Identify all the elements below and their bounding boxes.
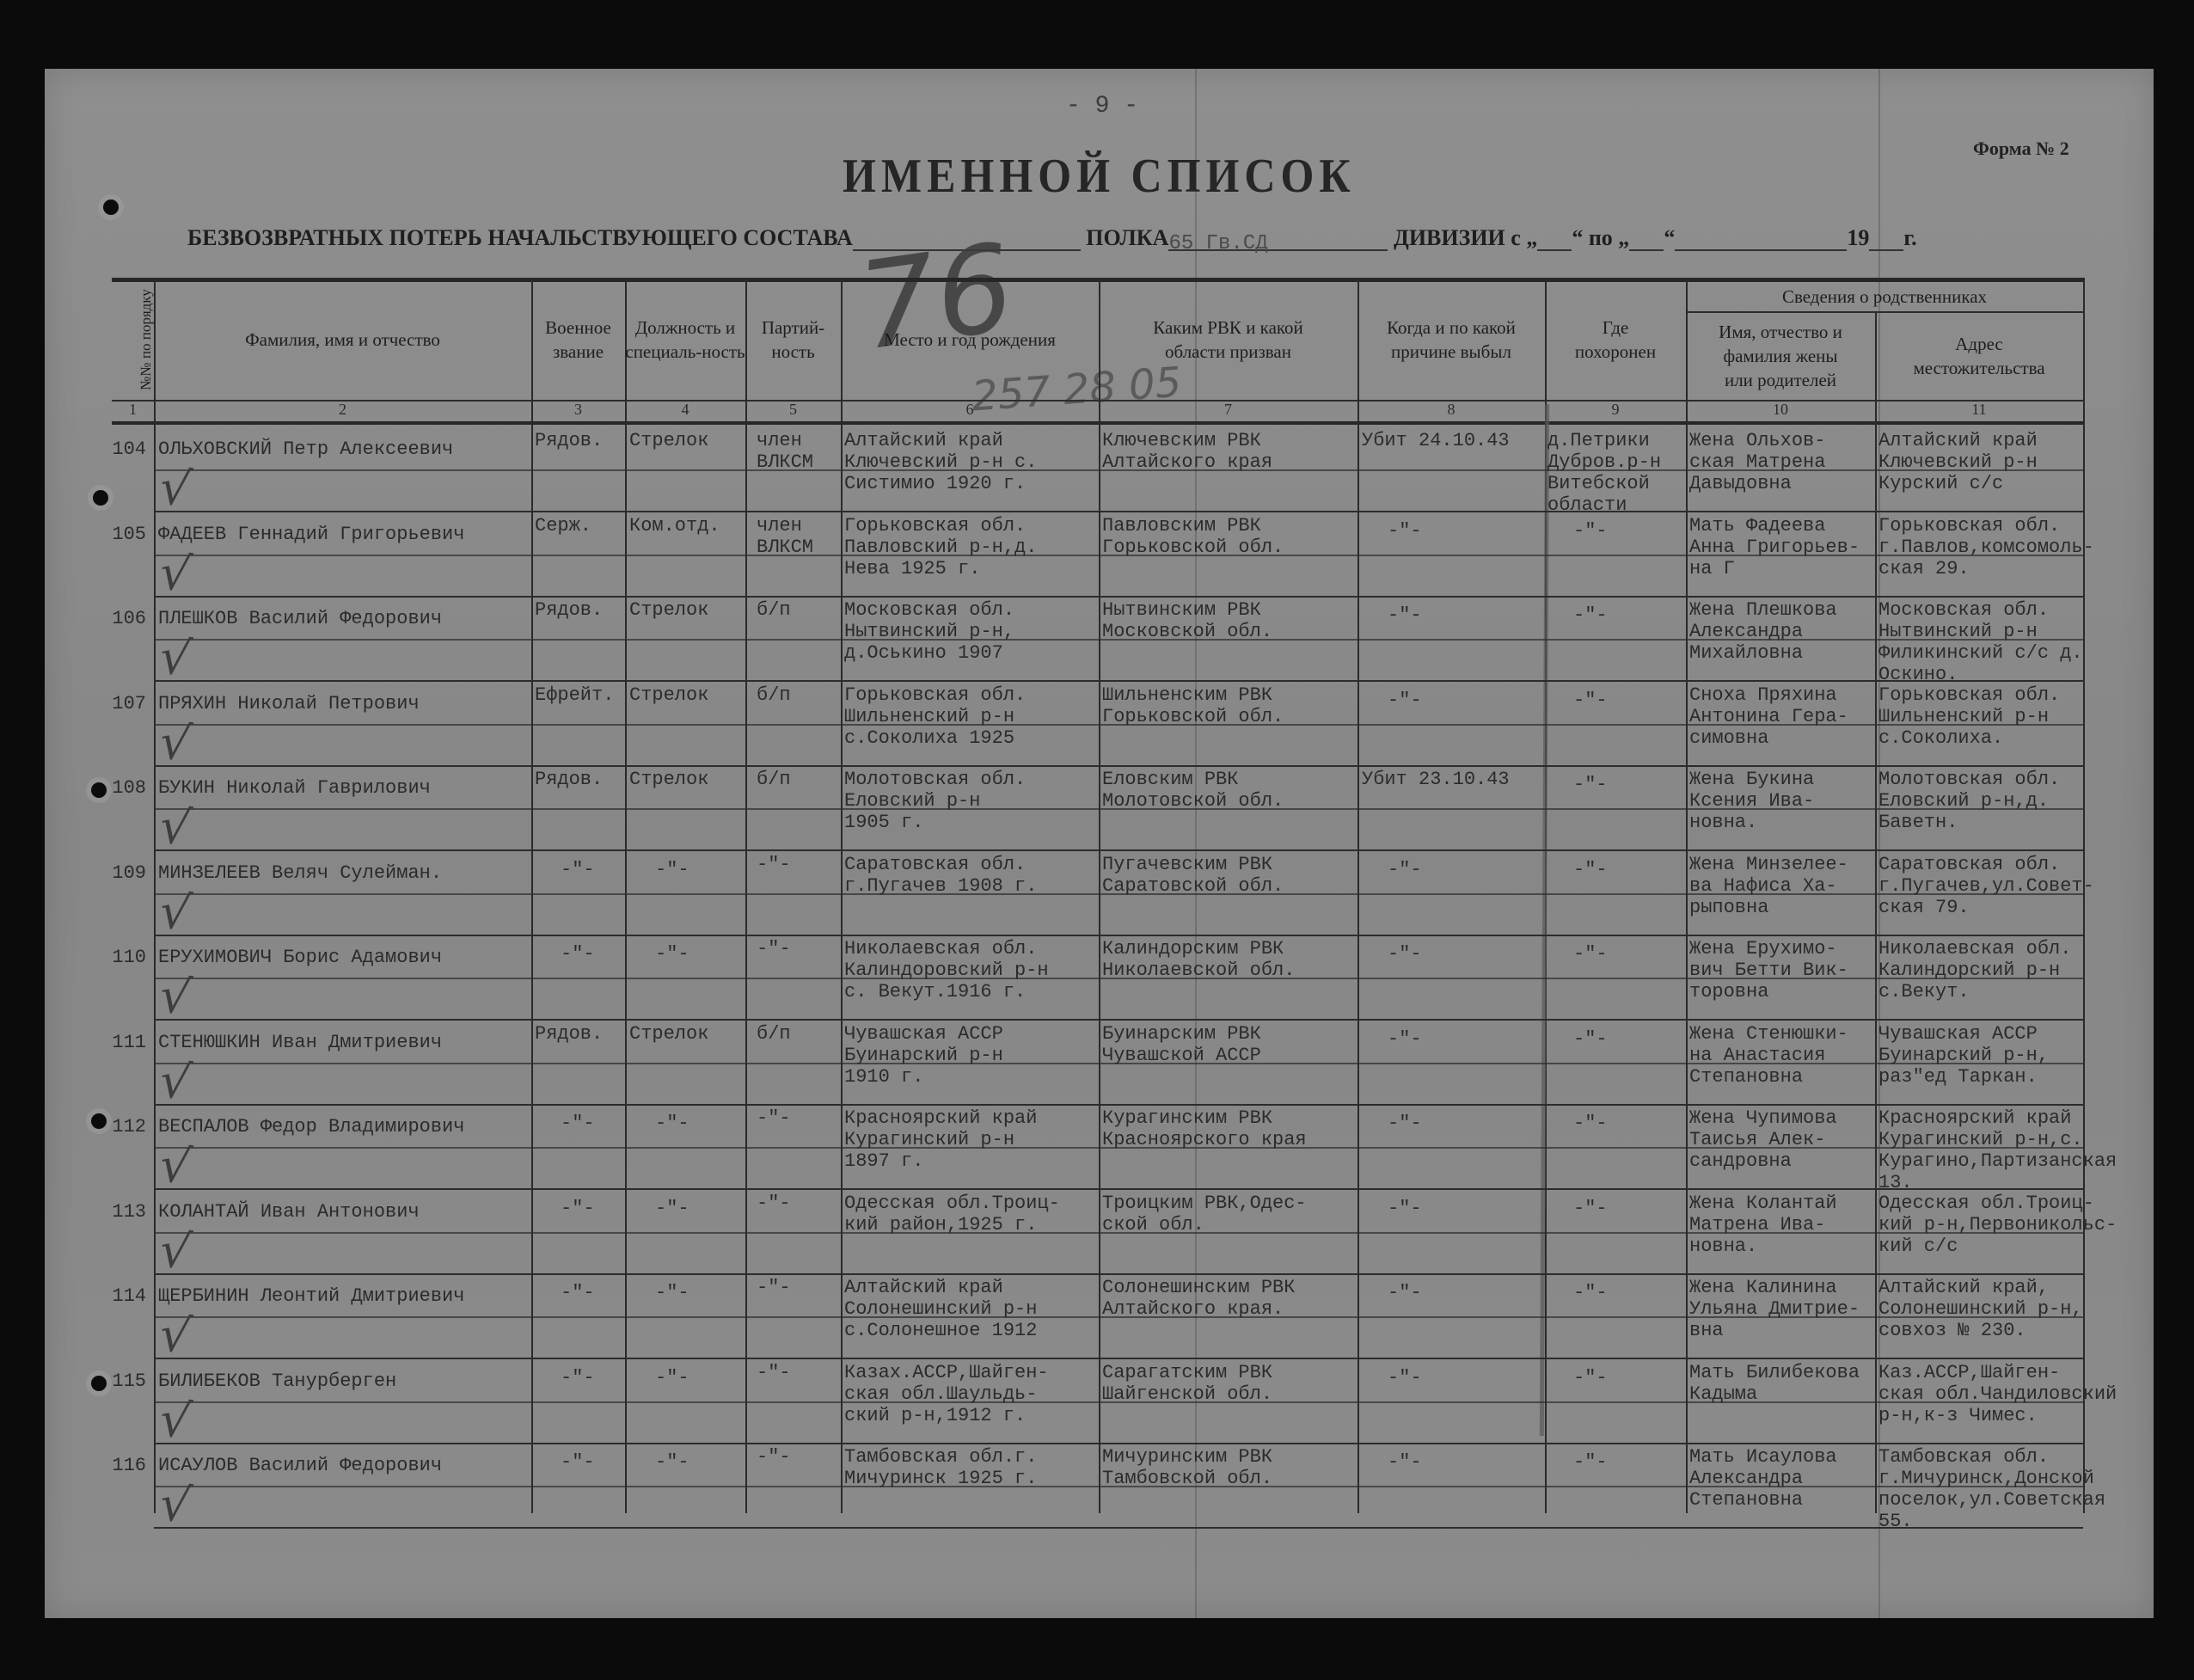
row-rule (154, 511, 2083, 512)
cell-name: ИСАУЛОВ Василий Федорович (158, 1455, 442, 1476)
cell-when: -"- (1388, 1282, 1422, 1303)
cell-address: Каз.АССР,Шайген- ская обл.Чандиловский р… (1878, 1362, 2117, 1426)
cell-position: Ком.отд. (629, 515, 720, 536)
cell-position: Стрелок (629, 1023, 708, 1045)
cell-relative: Мать Фадеева Анна Григорьев- на Г (1689, 515, 1860, 579)
page-number: - 9 - (1066, 93, 1138, 120)
cell-when: -"- (1388, 520, 1422, 542)
cell-relative: Сноха Пряхина Антонина Гера- симовна (1689, 684, 1848, 749)
cell-name: МИНЗЕЛЕЕВ Веляч Сулейман. (158, 862, 442, 884)
form-label: Форма № 2 (1973, 138, 2069, 160)
cell-buried: -"- (1573, 520, 1608, 542)
column-number: 1 (112, 401, 154, 419)
date-to-close: “ (1664, 225, 1675, 250)
cell-rank: -"- (561, 1113, 595, 1134)
column-divider (625, 279, 627, 1513)
blank-line (1629, 229, 1664, 251)
header-buried: Где похоронен (1545, 284, 1686, 395)
row-rule (154, 469, 2083, 471)
cell-rank: -"- (561, 1367, 595, 1389)
column-number: 5 (745, 401, 841, 419)
column-number: 9 (1545, 401, 1686, 419)
cell-rank: Рядов. (535, 599, 603, 621)
cell-position: -"- (655, 1282, 689, 1303)
cell-address: Алтайский край Ключевский р-н Курский с/… (1878, 430, 2038, 494)
row-number: 108 (105, 777, 146, 799)
cell-rvk: Сарагатским РВК Шайгенской обл. (1102, 1362, 1272, 1405)
row-number: 115 (105, 1370, 146, 1392)
header-name: Фамилия, имя и отчество (154, 284, 531, 395)
cell-position: -"- (655, 1198, 689, 1219)
row-number: 113 (105, 1201, 146, 1223)
cell-relative: Жена Минзелее- ва Нафиса Ха- рыповна (1689, 854, 1848, 918)
polka-label: ПОЛКА (1086, 225, 1168, 250)
row-number: 111 (105, 1032, 146, 1053)
cell-birth: Чувашская АССР Буинарский р-н 1910 г. (844, 1023, 1003, 1088)
row-rule (154, 1486, 2083, 1487)
cell-position: -"- (655, 859, 689, 880)
header-rvk: Каким РВК и какой области призван (1099, 284, 1357, 395)
cell-buried: д.Петрики Дубров.р-н Витебской области (1547, 430, 1661, 516)
cell-birth: Молотовская обл. Еловский р-н 1905 г. (844, 769, 1026, 833)
header-relatives-group: Сведения о родственниках (1686, 282, 2083, 311)
header-party: Партий-ность (745, 284, 841, 395)
cell-rvk: Ключевским РВК Алтайского края (1102, 430, 1272, 473)
row-number: 114 (105, 1285, 146, 1307)
row-rule (154, 1188, 2083, 1190)
cell-name: БИЛИБЕКОВ Танурберген (158, 1370, 396, 1392)
cell-when: -"- (1388, 1028, 1422, 1050)
row-number: 109 (105, 862, 146, 884)
column-divider (1099, 279, 1100, 1513)
cell-buried: -"- (1573, 1367, 1608, 1389)
cell-rvk: Мичуринским РВК Тамбовской обл. (1102, 1446, 1272, 1489)
cell-relative: Жена Плешкова Александра Михайловна (1689, 599, 1837, 664)
row-number: 106 (105, 608, 146, 629)
cell-position: -"- (655, 1113, 689, 1134)
cell-rank: Серж. (535, 515, 591, 536)
column-number: 4 (625, 401, 745, 419)
cell-buried: -"- (1573, 943, 1608, 965)
column-divider (531, 279, 533, 1513)
column-number: 11 (1875, 401, 2083, 419)
row-rule (154, 978, 2083, 979)
row-rule (154, 935, 2083, 936)
cell-buried: -"- (1573, 859, 1608, 880)
polka-value: 65 Гв.СД (1168, 232, 1267, 255)
cell-birth: Казах.АССР,Шайген- ская обл.Шаульдь- ски… (844, 1362, 1049, 1426)
cell-position: Стрелок (629, 430, 708, 451)
cell-relative: Жена Стенюшки- на Анастасия Степановна (1689, 1023, 1848, 1088)
cell-name: БУКИН Николай Гаврилович (158, 777, 431, 799)
row-rule (154, 1232, 2083, 1234)
cell-birth: Одесская обл.Троиц- кий район,1925 г. (844, 1193, 1060, 1235)
cell-party: член ВЛКСМ (757, 430, 813, 473)
cell-relative: Жена Чупимова Таисья Алек- сандровна (1689, 1107, 1837, 1172)
cell-party: -"- (757, 1107, 791, 1129)
cell-rvk: Курагинским РВК Красноярского края (1102, 1107, 1307, 1150)
year-prefix: 19 (1847, 225, 1869, 250)
row-rule (154, 1443, 2083, 1444)
column-divider (154, 279, 156, 1513)
row-rule (154, 1401, 2083, 1403)
cell-name: КОЛАНТАЙ Иван Антонович (158, 1201, 420, 1223)
cell-rvk: Троицким РВК,Одес- ской обл. (1102, 1193, 1307, 1235)
row-rule (154, 808, 2083, 810)
row-rule (154, 724, 2083, 726)
cell-when: Убит 24.10.43 (1362, 430, 1510, 451)
cell-birth: Тамбовская обл.г. Мичуринск 1925 г. (844, 1446, 1037, 1489)
row-rule (154, 1019, 2083, 1021)
row-rule (154, 596, 2083, 598)
cell-party: б/п (757, 684, 791, 706)
header-when: Когда и по какой причине выбыл (1357, 284, 1545, 395)
cell-when: -"- (1388, 690, 1422, 711)
column-divider (841, 279, 843, 1513)
row-number: 104 (105, 438, 146, 460)
cell-buried: -"- (1573, 1113, 1608, 1134)
column-number: 10 (1686, 401, 1875, 419)
cell-rank: Рядов. (535, 430, 603, 451)
header-position: Должность и специаль-ность (625, 284, 745, 395)
cell-relative: Жена Ольхов- ская Матрена Давыдовна (1689, 430, 1825, 494)
blank-line (1675, 229, 1847, 251)
cell-birth: Горьковская обл. Павловский р-н,д. Нева … (844, 515, 1037, 579)
header-rank: Военное звание (531, 284, 625, 395)
cell-party: -"- (757, 1446, 791, 1468)
cell-rank: -"- (561, 1198, 595, 1219)
document-title: ИМЕННОЙ СПИСОК (843, 148, 1356, 204)
cell-when: -"- (1388, 943, 1422, 965)
cell-rank: -"- (561, 1451, 595, 1473)
row-rule (154, 765, 2083, 767)
cell-buried: -"- (1573, 1028, 1608, 1050)
cell-address: Московская обл. Нытвинский р-н Филикинск… (1878, 599, 2083, 685)
row-rule (154, 1316, 2083, 1318)
cell-name: ЩЕРБИНИН Леонтий Дмитриевич (158, 1285, 464, 1307)
cell-rank: Ефрейт. (535, 684, 614, 706)
header-address: Адрес местожительства (1875, 313, 2083, 399)
column-number: 3 (531, 401, 625, 419)
cell-rank: Рядов. (535, 1023, 603, 1045)
punch-hole (93, 490, 108, 506)
row-rule (154, 1527, 2083, 1529)
cell-position: Стрелок (629, 599, 708, 621)
cell-birth: Московская обл. Нытвинский р-н, д.Оськин… (844, 599, 1014, 664)
row-rule (154, 1147, 2083, 1149)
row-rule (154, 555, 2083, 556)
cell-rvk: Павловским РВК Горьковской обл. (1102, 515, 1284, 558)
cell-when: -"- (1388, 1451, 1422, 1473)
cell-address: Горьковская обл. г.Павлов,комсомоль- ска… (1878, 515, 2094, 579)
cell-buried: -"- (1573, 1451, 1608, 1473)
cell-position: -"- (655, 1367, 689, 1389)
cell-name: ВЕСПАЛОВ Федор Владимирович (158, 1116, 464, 1137)
cell-position: -"- (655, 1451, 689, 1473)
column-number: 7 (1099, 401, 1357, 419)
row-rule (154, 1104, 2083, 1106)
row-number: 107 (105, 693, 146, 714)
cell-name: ФАДЕЕВ Геннадий Григорьевич (158, 524, 464, 545)
date-from-close: “ по „ (1572, 225, 1629, 250)
cell-relative: Мать Билибекова Кадыма (1689, 1362, 1860, 1405)
cell-relative: Жена Калинина Ульяна Дмитрие- вна (1689, 1277, 1860, 1341)
cell-party: б/п (757, 599, 791, 621)
column-number: 6 (841, 401, 1099, 419)
cell-rvk: Солонешинским РВК Алтайского края. (1102, 1277, 1295, 1320)
cell-party: -"- (757, 1362, 791, 1383)
polka-field: 65 Гв.СД (1168, 229, 1388, 251)
row-rule (154, 639, 2083, 641)
row-number: 110 (105, 947, 146, 968)
blank-line (1869, 229, 1903, 251)
column-divider (1357, 279, 1359, 1513)
cell-rvk: Пугачевским РВК Саратовской обл. (1102, 854, 1284, 897)
row-rule (154, 1063, 2083, 1064)
column-number: 2 (154, 401, 531, 419)
cell-when: -"- (1388, 1198, 1422, 1219)
cell-relative: Жена Ерухимо- вич Бетти Вик- торовна (1689, 938, 1848, 1002)
row-number: 105 (105, 524, 146, 545)
cell-when: -"- (1388, 1113, 1422, 1134)
cell-buried: -"- (1573, 1282, 1608, 1303)
cell-rvk: Калиндорским РВК Николаевской обл. (1102, 938, 1295, 981)
cell-rank: -"- (561, 943, 595, 965)
row-rule (154, 849, 2083, 851)
cell-rvk: Шильненским РВК Горьковской обл. (1102, 684, 1284, 727)
cell-party: б/п (757, 769, 791, 790)
cell-name: ЕРУХИМОВИЧ Борис Адамович (158, 947, 442, 968)
cell-party: -"- (757, 938, 791, 960)
cell-position: -"- (655, 943, 689, 965)
cell-relative: Жена Колантай Матрена Ива- новна. (1689, 1193, 1837, 1257)
cell-address: Алтайский край, Солонешинский р-н, совхо… (1878, 1277, 2083, 1341)
cell-rvk: Нытвинским РВК Московской обл. (1102, 599, 1272, 642)
year-suffix: г. (1903, 225, 1916, 250)
subtitle-prefix: БЕЗВОЗВРАТНЫХ ПОТЕРЬ НАЧАЛЬСТВУЮЩЕГО СОС… (187, 225, 853, 250)
cell-address: Молотовская обл. Еловский р-н,д. Баветн. (1878, 769, 2060, 833)
cell-name: ОЛЬХОВСКИЙ Петр Алексеевич (158, 438, 453, 460)
cell-party: -"- (757, 1193, 791, 1214)
cell-address: Николаевская обл. Калиндорский р-н с.Век… (1878, 938, 2071, 1002)
cell-birth: Горьковская обл. Шильненский р-н с.Сокол… (844, 684, 1026, 749)
blank-line (1537, 229, 1572, 251)
cell-name: ПРЯХИН Николай Петрович (158, 693, 420, 714)
cell-buried: -"- (1573, 604, 1608, 626)
cell-birth: Алтайский край Ключевский р-н с. Систими… (844, 430, 1037, 494)
cell-rvk: Буинарским РВК Чувашской АССР (1102, 1023, 1261, 1066)
punch-hole (103, 199, 119, 215)
cell-birth: Красноярский край Курагинский р-н 1897 г… (844, 1107, 1037, 1172)
column-divider (745, 279, 747, 1513)
document-subtitle: БЕЗВОЗВРАТНЫХ ПОТЕРЬ НАЧАЛЬСТВУЮЩЕГО СОС… (187, 225, 1917, 251)
cell-when: -"- (1388, 604, 1422, 626)
cell-rank: -"- (561, 1282, 595, 1303)
cell-birth: Алтайский край Солонешинский р-н с.Солон… (844, 1277, 1037, 1341)
cell-address: Саратовская обл. г.Пугачев,ул.Совет- ска… (1878, 854, 2094, 918)
division-label: ДИВИЗИИ с „ (1394, 225, 1537, 250)
cell-party: член ВЛКСМ (757, 515, 813, 558)
cell-buried: -"- (1573, 774, 1608, 795)
cell-name: СТЕНЮШКИН Иван Дмитриевич (158, 1032, 442, 1053)
cell-address: Горьковская обл. Шильненский р-н с.Сокол… (1878, 684, 2060, 749)
column-number: 8 (1357, 401, 1545, 419)
cell-relative: Мать Исаулова Александра Степановна (1689, 1446, 1837, 1511)
row-number: 116 (105, 1455, 146, 1476)
header-birth: Место и год рождения (841, 284, 1099, 395)
cell-address: Тамбовская обл. г.Мичуринск,Донской посе… (1878, 1446, 2105, 1532)
cell-party: б/п (757, 1023, 791, 1045)
cell-buried: -"- (1573, 690, 1608, 711)
cell-address: Красноярский край Курагинский р-н,с. Кур… (1878, 1107, 2117, 1193)
cell-rank: -"- (561, 859, 595, 880)
cell-address: Чувашская АССР Буинарский р-н, раз"ед Та… (1878, 1023, 2049, 1088)
cell-position: Стрелок (629, 769, 708, 790)
cell-relative: Жена Букина Ксения Ива- новна. (1689, 769, 1814, 833)
cell-when: Убит 23.10.43 (1362, 769, 1510, 790)
cell-position: Стрелок (629, 684, 708, 706)
cell-rvk: Еловским РВК Молотовской обл. (1102, 769, 1284, 812)
row-rule (154, 680, 2083, 682)
cell-name: ПЛЕШКОВ Василий Федорович (158, 608, 442, 629)
cell-party: -"- (757, 1277, 791, 1298)
column-divider (1875, 311, 1877, 1513)
cell-party: -"- (757, 854, 791, 875)
row-number: 112 (105, 1116, 146, 1137)
cell-address: Одесская обл.Троиц- кий р-н,Первоникольс… (1878, 1193, 2117, 1257)
cell-buried: -"- (1573, 1198, 1608, 1219)
cell-rank: Рядов. (535, 769, 603, 790)
header-num: №№ по порядку (138, 288, 155, 391)
row-rule (154, 1273, 2083, 1275)
cell-when: -"- (1388, 1367, 1422, 1389)
header-relative-name: Имя, отчество и фамилия жены или родител… (1686, 313, 1875, 399)
row-rule (154, 1358, 2083, 1359)
column-divider (1686, 279, 1688, 1513)
row-rule (154, 893, 2083, 895)
cell-when: -"- (1388, 859, 1422, 880)
cell-birth: Саратовская обл. г.Пугачев 1908 г. (844, 854, 1037, 897)
cell-birth: Николаевская обл. Калиндоровский р-н с. … (844, 938, 1049, 1002)
